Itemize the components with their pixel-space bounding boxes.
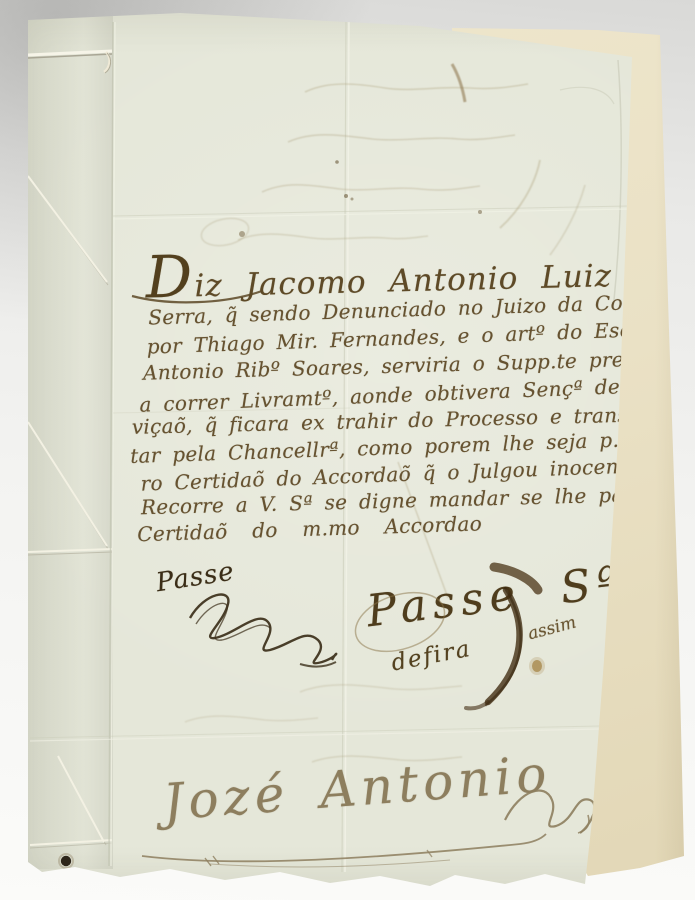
photo: Diz Jacomo Antonio Luiz Serra, q̃ sendo … <box>0 0 695 900</box>
left-despatch-note: Passe <box>154 559 236 597</box>
despatch-note-defira: defira <box>390 638 474 676</box>
letter-sheet: Diz Jacomo Antonio Luiz Serra, q̃ sendo … <box>0 0 695 900</box>
despatch-note-assim: assim <box>526 614 578 643</box>
right-despatch-note: Passe Sª <box>364 560 625 634</box>
handwriting-layer: Diz Jacomo Antonio Luiz Serra, q̃ sendo … <box>0 0 695 900</box>
signature-joze-antonio: Jozé Antonio <box>162 749 553 828</box>
